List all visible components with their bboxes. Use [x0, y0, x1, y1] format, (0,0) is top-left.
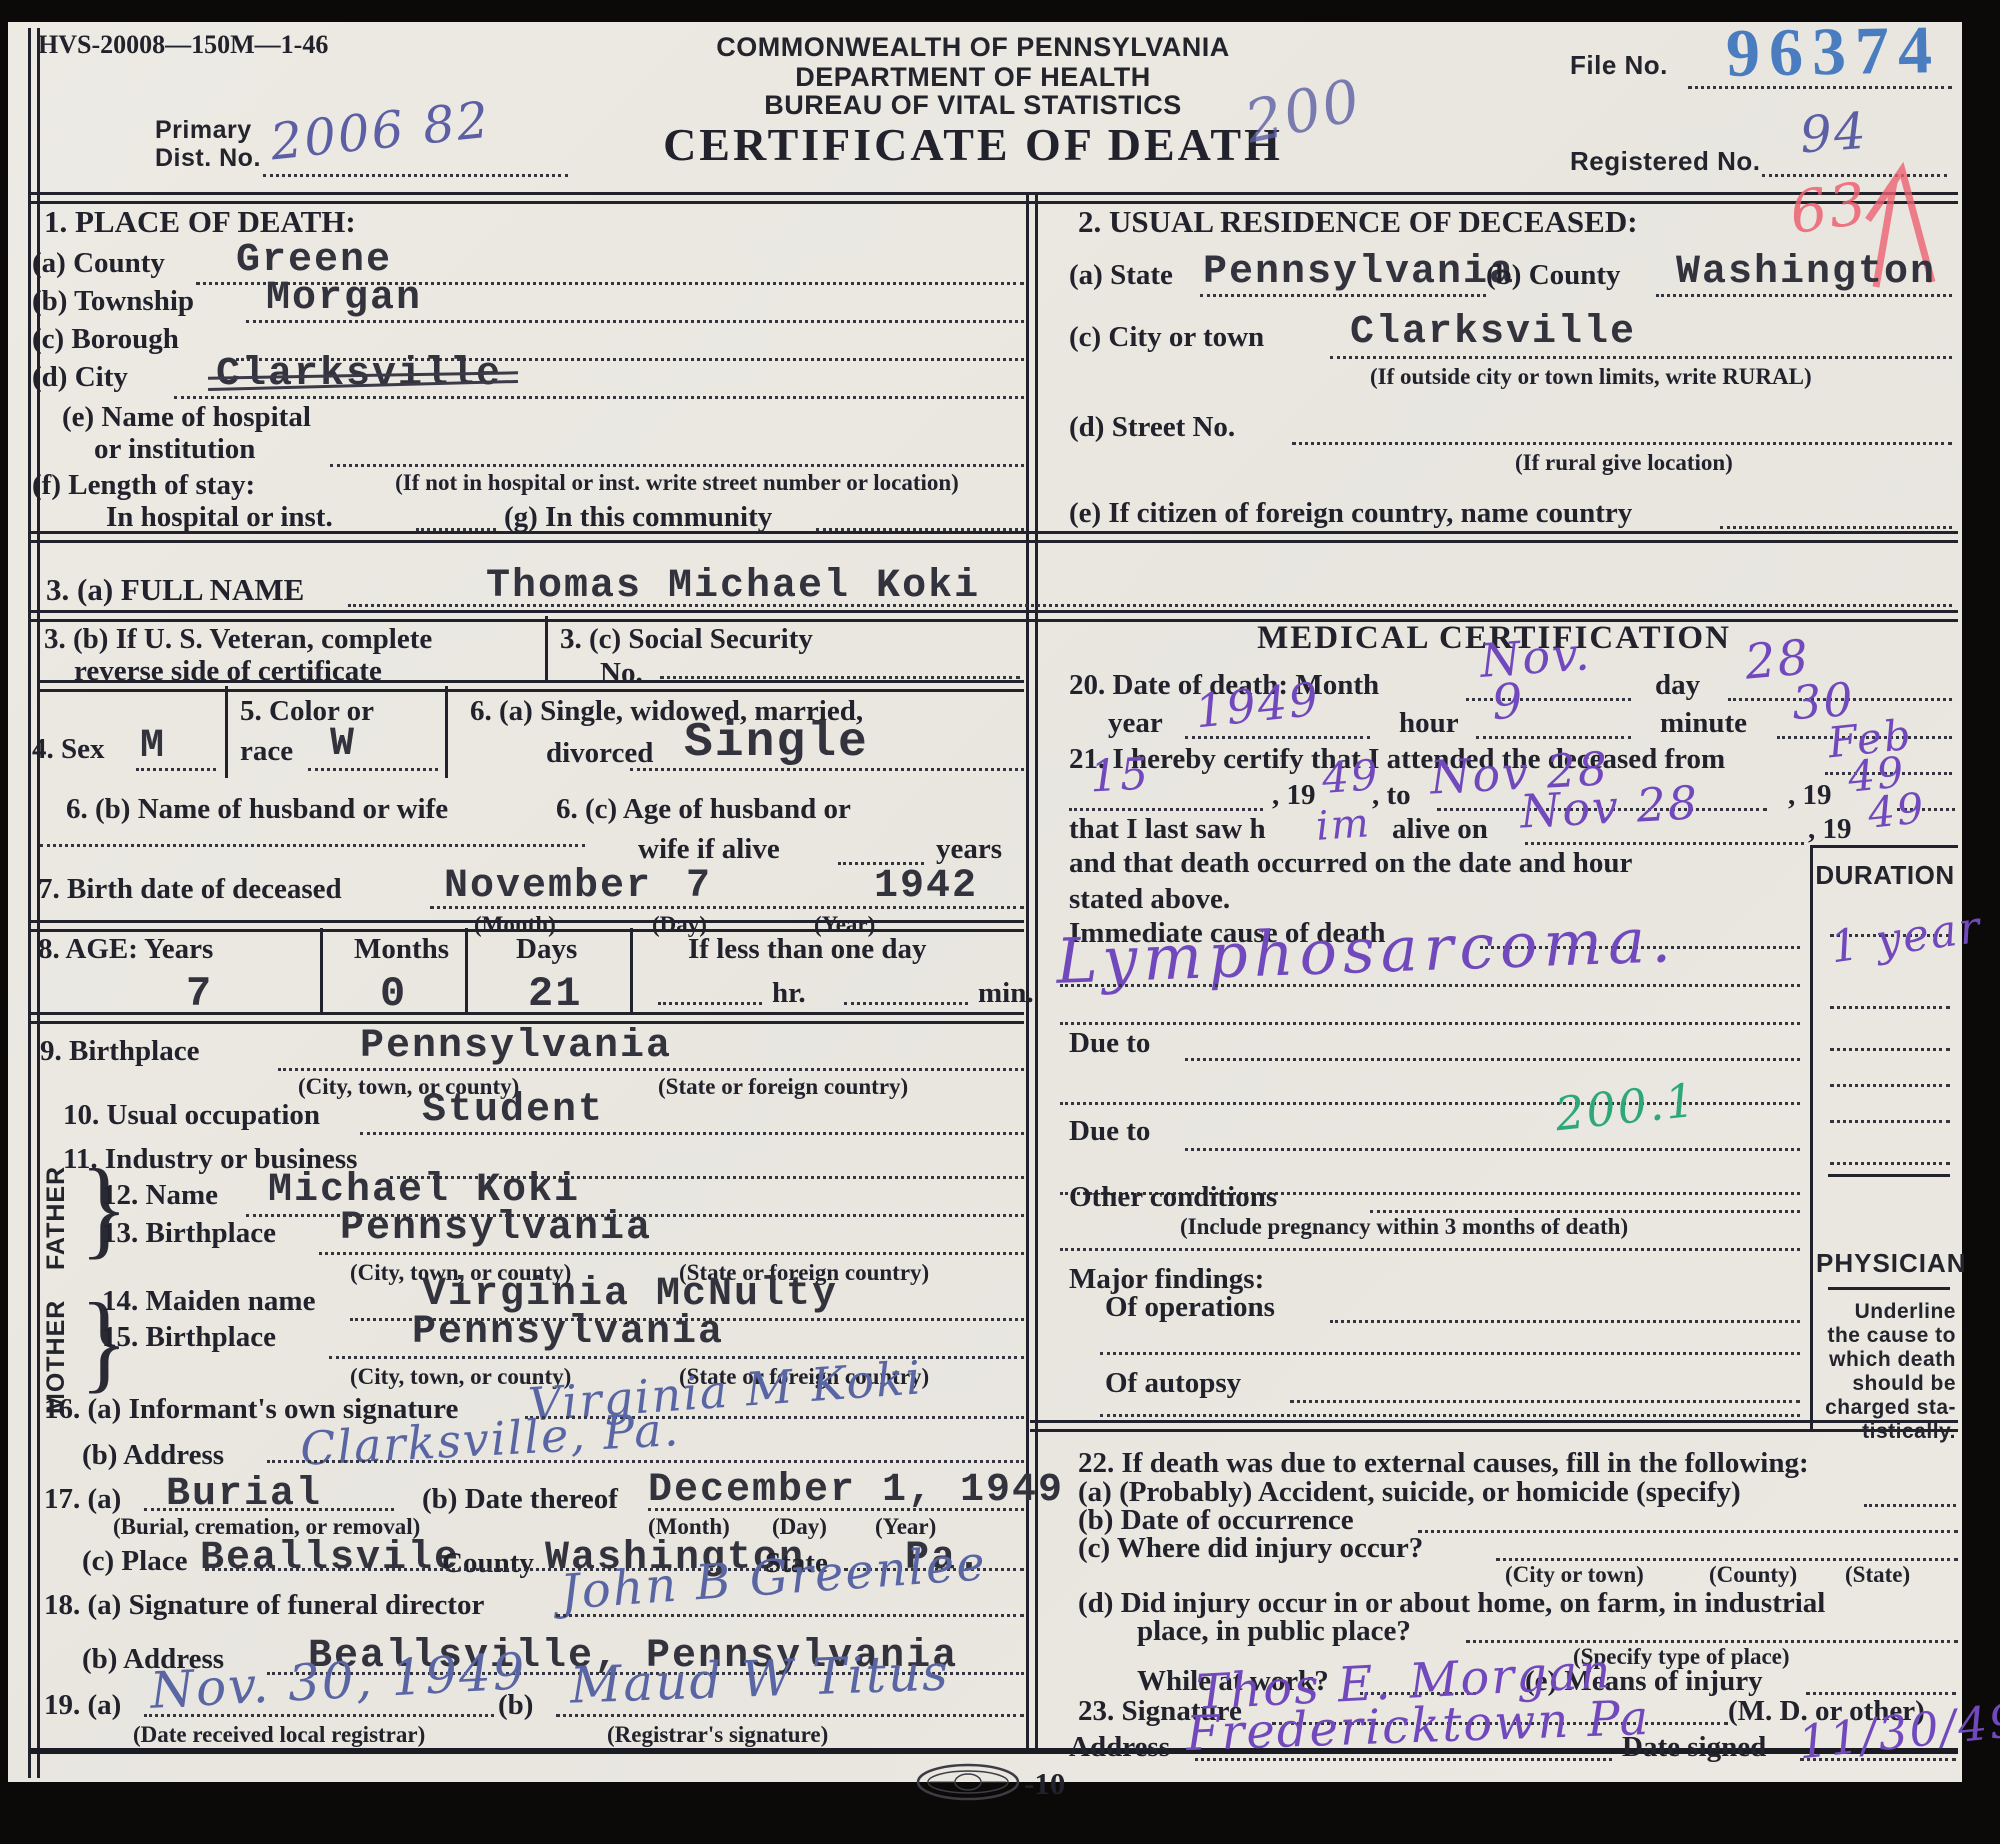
age-min-label: min.: [978, 978, 1034, 1009]
date-received-note: (Date received local registrar): [133, 1722, 425, 1748]
dist-no-value: 2006 82: [268, 91, 494, 172]
immediate-cause-line-1: [1060, 984, 1800, 987]
hospital-label-1: (e) Name of hospital: [62, 402, 311, 433]
city-town-value: Clarksville: [1350, 310, 1636, 355]
file-no-label: File No.: [1570, 50, 1668, 81]
age-days-value: 21: [528, 970, 582, 1018]
foreign-country-label: (e) If citizen of foreign country, name …: [1069, 498, 1632, 529]
birthplace-note-2: (State or foreign country): [658, 1074, 908, 1100]
dist-no-label: Dist. No.: [155, 144, 261, 173]
age-days-label: Days: [516, 934, 577, 965]
funeral-director-line: [556, 1614, 1024, 1617]
stamp-suffix: -10: [1024, 1766, 1065, 1802]
hospital-label-2: or institution: [94, 434, 255, 465]
father-name-label: 12. Name: [102, 1180, 218, 1211]
foreign-country-line: [1720, 526, 1952, 529]
age-divider-1: [320, 928, 323, 1012]
pre-19-a: , 19: [1272, 780, 1316, 811]
street-no-line: [1292, 442, 1952, 445]
race-value: W: [330, 722, 356, 767]
death-minute-label: minute: [1660, 708, 1747, 739]
date-thereof-value: December 1, 1949: [648, 1468, 1064, 1513]
death-certificate-scan: HVS-20008—150M—1-46 COMMONWEALTH OF PENN…: [0, 0, 2000, 1844]
of-operations-line-2: [1100, 1352, 1800, 1355]
seen-line: [1525, 842, 1804, 845]
him-value: im: [1314, 800, 1372, 850]
injury-where-note-2: (County): [1709, 1562, 1797, 1588]
registrar-b-label: (b): [498, 1690, 533, 1721]
alive-on-label: alive on: [1392, 814, 1488, 845]
township-value: Morgan: [266, 276, 422, 321]
duration-line-3: [1830, 1048, 1950, 1051]
injury-where-note-3: (State): [1845, 1562, 1910, 1588]
form-number: HVS-20008—150M—1-46: [38, 30, 328, 60]
duration-value: 1 year: [1827, 902, 1985, 974]
sex-line: [136, 768, 216, 771]
death-day-label: day: [1655, 670, 1700, 701]
date-signed-label: Date signed: [1622, 1732, 1766, 1763]
death-year-value: 1949: [1193, 672, 1323, 739]
death-hour-line: [1476, 736, 1631, 739]
other-conditions-label: Other conditions: [1069, 1182, 1277, 1213]
burial-line: [144, 1508, 394, 1511]
last-saw-label: that I last saw h: [1069, 814, 1266, 845]
state-line: [1200, 294, 1486, 297]
age-months-value: 0: [380, 970, 407, 1018]
physician-heading: PHYSICIAN: [1816, 1248, 1956, 1279]
registrar-signature-note: (Registrar's signature): [607, 1722, 828, 1748]
state-label: (a) State: [1069, 260, 1173, 291]
birth-date-label: 7. Birth date of deceased: [38, 874, 342, 905]
pre-19-b: , 19: [1788, 780, 1832, 811]
certify-line-1: 21. I hereby certify that I attended the…: [1069, 744, 1725, 775]
physician-note-1: Underline: [1814, 1300, 1956, 1324]
marital-value: Single: [684, 716, 869, 770]
age-min-line: [844, 1002, 968, 1005]
township-label: (b) Township: [32, 286, 194, 317]
mother-birthplace-value: Pennsylvania: [412, 1310, 724, 1355]
age-spouse-label-1: 6. (c) Age of husband or: [556, 794, 851, 825]
death-year-label: year: [1108, 708, 1163, 739]
borough-label: (c) Borough: [32, 324, 179, 355]
occupation-value: Student: [422, 1088, 604, 1133]
marital-label-2: divorced: [546, 738, 653, 769]
township-line: [246, 320, 1024, 323]
father-birthplace-label: 13. Birthplace: [102, 1218, 276, 1249]
date-thereof-line: [648, 1508, 1024, 1511]
org-line-1: COMMONWEALTH OF PENNSYLVANIA: [538, 32, 1408, 63]
res-county-value: Washington: [1676, 250, 1936, 295]
to-label: , to: [1372, 780, 1411, 811]
registrar-signature-line: [556, 1714, 1024, 1717]
ss-label-1: 3. (c) Social Security: [560, 624, 813, 655]
birthplace-label: 9. Birthplace: [40, 1036, 200, 1067]
father-sidebar-label: FATHER: [42, 1166, 71, 1270]
due-to-2-label: Due to: [1069, 1116, 1150, 1147]
place-of-death-heading: 1. PLACE OF DEATH:: [44, 204, 356, 240]
pre-19-c: , 19: [1808, 814, 1852, 845]
burial-county-label: County: [442, 1548, 534, 1579]
injury-home-label-2: place, in public place?: [1137, 1616, 1411, 1647]
duration-box-left: [1810, 845, 1813, 1432]
in-community-label: (g) In this community: [504, 502, 772, 533]
date-signed-line: [1800, 1758, 1956, 1761]
attended-from-day: 15: [1089, 748, 1152, 802]
birth-year-value: 1942: [874, 864, 978, 909]
injury-where-line: [1496, 1558, 1958, 1561]
certify-line-4: and that death occurred on the date and …: [1069, 848, 1632, 879]
veteran-ss-divider: [545, 616, 548, 680]
occurrence-date-line: [1418, 1530, 1958, 1533]
registered-no-label: Registered No.: [1570, 146, 1761, 177]
injury-where-label: (c) Where did injury occur?: [1078, 1533, 1423, 1564]
veteran-label-1: 3. (b) If U. S. Veteran, complete: [44, 624, 432, 655]
age-less-label: If less than one day: [688, 934, 927, 965]
registered-no-value: 94: [1798, 102, 1870, 165]
res-county-label: (b) County: [1486, 260, 1621, 291]
physician-note-5: charged sta-: [1814, 1396, 1956, 1420]
date-thereof-label: (b) Date thereof: [422, 1484, 618, 1515]
union-label-icon: [916, 1762, 1020, 1802]
residence-heading: 2. USUAL RESIDENCE OF DECEASED:: [1078, 204, 1638, 240]
father-birthplace-value: Pennsylvania: [340, 1206, 652, 1251]
husband-wife-label: 6. (b) Name of husband or wife: [66, 794, 448, 825]
in-hospital-line: [416, 528, 496, 531]
birthplace-value: Pennsylvania: [360, 1024, 672, 1069]
column-divider: [1026, 192, 1038, 1752]
informant-address-label: (b) Address: [82, 1440, 224, 1471]
form-top-rule: [30, 192, 1958, 204]
injury-home-line: [1466, 1640, 1958, 1643]
in-community-line: [816, 528, 1024, 531]
age-hr-line: [658, 1002, 762, 1005]
certificate-paper: HVS-20008—150M—1-46 COMMONWEALTH OF PENN…: [8, 22, 1962, 1782]
duration-line-5: [1830, 1120, 1950, 1123]
hospital-line: [330, 464, 1024, 467]
city-town-label: (c) City or town: [1069, 322, 1264, 353]
seen-yy: 49: [1866, 783, 1928, 838]
physician-note-2: the cause to: [1814, 1324, 1956, 1348]
cause-code-value: 200.1: [1553, 1073, 1700, 1142]
due-to-2-line: [1185, 1148, 1800, 1151]
duration-box-top: [1810, 845, 1958, 848]
external-causes-label: 22. If death was due to external causes,…: [1078, 1448, 1809, 1479]
age-spouse-years: years: [936, 834, 1002, 865]
other-conditions-line-2: [1060, 1248, 1800, 1251]
ss-label-2: No.: [600, 658, 643, 689]
mother-birthplace-label: 15. Birthplace: [102, 1322, 276, 1353]
primary-label: Primary: [155, 116, 252, 145]
rural-note: (If outside city or town limits, write R…: [1370, 364, 1812, 390]
city-line: [174, 396, 1024, 399]
duration-line-6: [1830, 1162, 1950, 1165]
ss-line: [660, 676, 1020, 679]
street-no-label: (d) Street No.: [1069, 412, 1235, 443]
sex-color-divider: [225, 686, 228, 778]
registrar-num-label: 19. (a): [44, 1690, 121, 1721]
date-received-line: [144, 1714, 494, 1717]
sex-label: 4. Sex: [32, 734, 105, 765]
mother-name-label: 14. Maiden name: [102, 1286, 315, 1317]
state-value: Pennsylvania: [1203, 250, 1515, 295]
death-year-line: [1185, 736, 1370, 739]
birthplace-line: [278, 1068, 1024, 1071]
full-name-value: Thomas Michael Koki: [486, 564, 980, 609]
in-hospital-label: In hospital or inst.: [106, 502, 333, 533]
sex-value: M: [140, 724, 166, 769]
physician-address-line: [1195, 1758, 1612, 1761]
duration-line-2: [1830, 1006, 1950, 1009]
certify-line-5: stated above.: [1069, 884, 1230, 915]
from-day-line: [1069, 808, 1263, 811]
occupation-line: [360, 1132, 1024, 1135]
city-town-line: [1330, 356, 1952, 359]
seen-value: Nov 28: [1519, 775, 1701, 838]
full-name-label: 3. (a) FULL NAME: [46, 572, 304, 608]
duration-heading: DURATION: [1812, 860, 1958, 891]
duration-box-inner-rule: [1828, 1174, 1950, 1177]
husband-wife-line: [40, 844, 585, 847]
physician-note-3: which death: [1814, 1348, 1956, 1372]
age-divider-3: [630, 928, 633, 1012]
immediate-cause-line-2: [1060, 1022, 1800, 1025]
age-hr-label: hr.: [772, 978, 806, 1009]
of-operations-line: [1330, 1320, 1800, 1323]
burial-place-label: (c) Place: [82, 1546, 187, 1577]
of-autopsy-label: Of autopsy: [1105, 1368, 1241, 1399]
death-hour-value: 9: [1490, 673, 1526, 731]
of-autopsy-line-2: [1100, 1414, 1800, 1417]
age-label: 8. AGE: Years: [38, 934, 213, 965]
birth-month-value: November: [444, 864, 652, 909]
birth-day-value: 7: [686, 864, 712, 909]
physician-underline: [1828, 1287, 1950, 1290]
length-of-stay-label: (f) Length of stay:: [32, 470, 255, 501]
accident-line: [1864, 1504, 1956, 1507]
age-bottom-rule: [30, 1012, 1024, 1024]
county-label: (a) County: [32, 248, 165, 279]
due-to-1-line: [1185, 1058, 1800, 1061]
father-birthplace-line: [319, 1252, 1024, 1255]
injury-where-note-1: (City or town): [1505, 1562, 1644, 1588]
veteran-label-2: reverse side of certificate: [74, 656, 382, 687]
color-label-2: race: [240, 736, 293, 767]
burial-num-label: 17. (a): [44, 1484, 121, 1515]
death-hour-label: hour: [1399, 708, 1459, 739]
of-operations-label: Of operations: [1105, 1292, 1275, 1323]
age-years-value: 7: [186, 970, 213, 1018]
dist-no-line: [263, 174, 568, 177]
registrar-signature: Maud W Titus: [569, 1643, 950, 1714]
informant-address-line: [267, 1460, 1024, 1463]
age-spouse-label-2: wife if alive: [638, 834, 780, 865]
color-marital-divider: [445, 686, 448, 778]
city-label: (d) City: [32, 362, 128, 393]
duration-line-4: [1830, 1084, 1950, 1087]
of-autopsy-line: [1290, 1400, 1800, 1403]
age-months-label: Months: [354, 934, 449, 965]
marital-line: [630, 768, 1024, 771]
other-conditions-line: [1370, 1210, 1800, 1213]
age-divider-2: [465, 928, 468, 1012]
res-county-line: [1656, 294, 1952, 297]
rural-location-note: (If rural give location): [1515, 450, 1733, 476]
physician-note-6: tistically.: [1814, 1420, 1956, 1444]
funeral-director-label: 18. (a) Signature of funeral director: [44, 1590, 484, 1621]
race-line: [308, 768, 438, 771]
due-to-1-label: Due to: [1069, 1028, 1150, 1059]
occupation-label: 10. Usual occupation: [63, 1100, 320, 1131]
other-conditions-note: (Include pregnancy within 3 months of de…: [1180, 1214, 1628, 1240]
burial-place-value: Beallsvile: [200, 1536, 460, 1581]
birth-date-line: [430, 906, 1024, 909]
hospital-note: (If not in hospital or inst. write stree…: [330, 470, 1024, 496]
physician-note-4: should be: [1814, 1372, 1956, 1396]
physician-address-label: Address: [1069, 1732, 1170, 1763]
file-no-stamp: 96374: [1725, 10, 1941, 93]
full-name-line: [348, 604, 1952, 607]
